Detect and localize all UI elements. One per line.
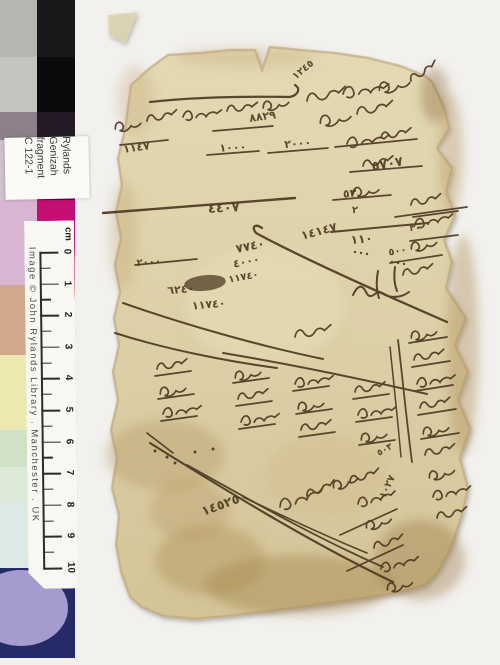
ruler-tick-minor [40,299,51,300]
ruler-number: 7 [64,465,76,481]
ruler-tick-minor [42,457,53,458]
ruler-number: 3 [62,338,74,354]
ruler-tick-minor [40,331,51,332]
inscription-numeral: ٢ [352,205,358,216]
ruler-tick-minor [42,425,53,426]
ruler-tick-minor [42,489,53,490]
cm-ruler: cm 012345678910 Image © John Rylands Lib… [24,220,78,589]
ruler-tick-major [40,283,59,285]
inscription-numeral: ٤٤٠٧ [208,200,241,217]
ruler-tick-major [41,346,60,348]
swatch-black [37,57,75,112]
genizah-fragment-image: ١٢٤٥٥٧٠٧٥٣٢١١٠٨٨٢٩١٠٠٠٢٠٠٠١١٤٧٤٤٠٧١٤١٤٧٥… [95,5,495,655]
ruler-tick-major [42,473,61,475]
swatch-silver-gray [0,0,37,57]
ruler-tick-minor [41,394,52,395]
inscription-numeral: ٢٠٠٠ [136,256,161,269]
ruler-tick-major [39,252,58,254]
ruler-tick-major [43,536,62,538]
inscription-numeral: ٥٣ [342,186,357,200]
label-line-type: fragment [34,137,48,199]
ruler-number: 0 [61,243,73,259]
inscription-numeral: ٢٠٠٠ [284,136,312,151]
inscription-numeral: ٣٠ [410,224,421,234]
ruler-tick-minor [43,520,54,521]
inscription-numeral: ٦٢٤٠ [167,282,195,297]
label-line-collection: Rylands [59,136,73,198]
ruler-number: 4 [63,370,75,386]
ruler-tick-major [42,441,61,443]
inscription-numeral: ١١٠ [350,231,373,247]
ruler-tick-major [41,410,60,412]
ruler-number: 9 [65,528,77,544]
ruler-tick-minor [40,267,51,268]
ruler-tick-minor [43,552,54,553]
shelfmark-label: Rylands Genizah fragment C 122-1 [4,136,89,200]
ruler-number: 5 [63,401,75,417]
swatch-light-gray [0,57,37,112]
ruler-tick-major [42,504,61,506]
digitized-manuscript-photo: Rylands Genizah fragment C 122-1 cm 0123… [0,0,500,665]
shelfmark-label-text: Rylands Genizah fragment C 122-1 [21,136,73,199]
ruler-tick-major [41,378,60,380]
ruler-number: 6 [64,433,76,449]
label-line-series: Genizah [46,137,60,199]
ruler-number: 8 [64,496,76,512]
inscription-numeral: ١٠٠٠ [219,140,247,154]
corner-speck [108,12,138,43]
ruler-tick-minor [41,362,52,363]
copyright-text: Image © John Rylands Library . Mancheste… [27,247,40,523]
swatch-gray-mauve [0,112,37,140]
ruler-tick-major [43,568,62,570]
ruler-number: 1 [62,275,74,291]
ruler-tick-major [40,315,59,317]
ruler-number: 2 [62,307,74,323]
swatch-charcoal [37,0,75,57]
ruler-number: 10 [65,559,77,575]
label-line-shelfmark: C 122-1 [21,137,35,199]
ruler-unit-label: cm [62,227,73,241]
